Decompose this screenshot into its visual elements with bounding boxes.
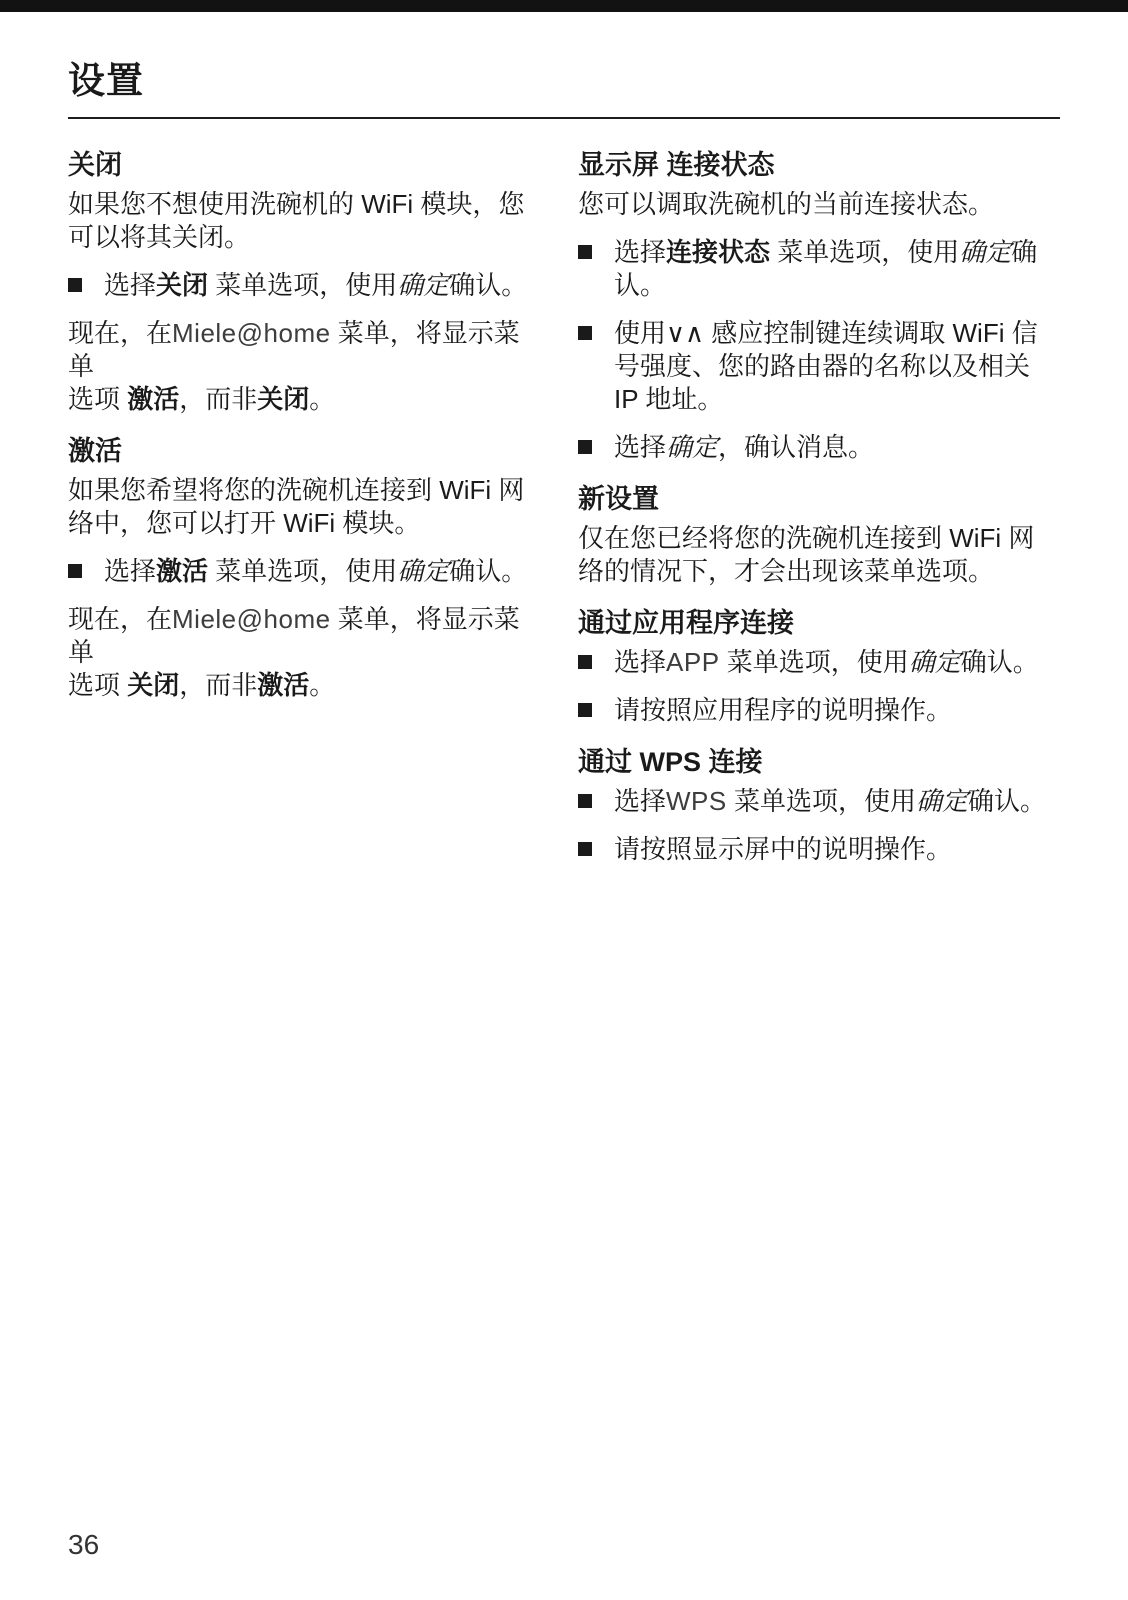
section-heading: 关闭 — [68, 148, 534, 182]
text-segment: 选择 — [104, 270, 156, 300]
paragraph: 如果您不想使用洗碗机的 WiFi 模块，您可以将其关闭。 — [68, 188, 534, 254]
text-segment: 络的情况下，才会出现该菜单选项。 — [578, 556, 994, 586]
text-segment: 可以将其关闭。 — [68, 222, 250, 252]
bullet-item: 选择关闭 菜单选项，使用确定确认。 — [68, 269, 534, 302]
bullet-item: 选择确定，确认消息。 — [578, 431, 1060, 464]
bullet-item: 选择激活 菜单选项，使用确定确认。 — [68, 555, 534, 588]
title-rule — [68, 117, 1060, 119]
text-segment: 号强度、您的路由器的名称以及相关 — [614, 351, 1030, 381]
text-segment: 选择 — [614, 647, 666, 677]
text-segment: 确定 — [909, 647, 961, 677]
text-segment: 关闭 — [156, 270, 208, 300]
section-heading: 通过 WPS 连接 — [578, 745, 1060, 779]
text-segment: 确认。 — [968, 786, 1046, 816]
bullet-square-marker — [578, 655, 592, 669]
page-number: 36 — [68, 1528, 99, 1562]
text-segment: 络中，您可以打开 WiFi 模块。 — [68, 508, 420, 538]
text-segment: IP 地址。 — [614, 384, 723, 414]
text-segment: 。 — [309, 670, 335, 700]
text-segment: 仅在您已经将您的洗碗机连接到 WiFi 网 — [578, 523, 1034, 553]
bullet-square-marker — [578, 245, 592, 259]
text-segment: 激活 — [156, 556, 208, 586]
bullet-item: 请按照显示屏中的说明操作。 — [578, 833, 1060, 866]
text-segment: 关闭 — [257, 384, 309, 414]
page-title: 设置 — [68, 58, 1060, 104]
page-content: 设置 关闭如果您不想使用洗碗机的 WiFi 模块，您可以将其关闭。选择关闭 菜单… — [0, 0, 1128, 881]
text-segment: Miele@home — [172, 604, 331, 634]
section-heading: 激活 — [68, 434, 534, 468]
text-segment: 确定 — [666, 432, 718, 462]
text-segment: Miele@home — [172, 318, 331, 348]
text-segment: ，确认消息。 — [718, 432, 874, 462]
manual-page: 设置 关闭如果您不想使用洗碗机的 WiFi 模块，您可以将其关闭。选择关闭 菜单… — [0, 0, 1128, 1600]
text-segment: 选择 — [614, 432, 666, 462]
text-segment: 激活 — [257, 670, 309, 700]
text-segment: 。 — [309, 384, 335, 414]
bullet-square-marker — [578, 703, 592, 717]
bullet-item: 选择APP 菜单选项，使用确定确认。 — [578, 646, 1060, 679]
text-segment: 确认。 — [449, 556, 527, 586]
text-segment: 如果您不想使用洗碗机的 WiFi 模块，您 — [68, 189, 524, 219]
text-segment: 菜单选项，使用 — [208, 270, 397, 300]
text-segment: 确定 — [959, 237, 1011, 267]
text-segment: 菜单选项，使用 — [727, 786, 916, 816]
text-segment: 关闭 — [127, 670, 179, 700]
text-segment: 确认。 — [449, 270, 527, 300]
bullet-square-marker — [578, 794, 592, 808]
text-segment: 确认。 — [961, 647, 1039, 677]
text-segment: 确定 — [916, 786, 968, 816]
text-segment: 使用∨∧ 感应控制键连续调取 WiFi 信 — [614, 318, 1038, 348]
bullet-square-marker — [68, 564, 82, 578]
bullet-item: 请按照应用程序的说明操作。 — [578, 694, 1060, 727]
left-column: 关闭如果您不想使用洗碗机的 WiFi 模块，您可以将其关闭。选择关闭 菜单选项，… — [68, 148, 534, 881]
text-segment: 如果您希望将您的洗碗机连接到 WiFi 网 — [68, 475, 524, 505]
section-heading: 新设置 — [578, 482, 1060, 516]
bullet-square-marker — [578, 440, 592, 454]
text-segment: 现在，在 — [68, 604, 172, 634]
text-segment: 菜单选项，使用 — [720, 647, 909, 677]
text-segment: 关闭 — [68, 150, 122, 180]
text-segment: 选择 — [104, 556, 156, 586]
section-heading: 通过应用程序连接 — [578, 606, 1060, 640]
section-heading: 显示屏 连接状态 — [578, 148, 1060, 182]
right-column: 显示屏 连接状态您可以调取洗碗机的当前连接状态。选择连接状态 菜单选项，使用确定… — [578, 148, 1060, 881]
paragraph: 现在，在Miele@home 菜单，将显示菜单选项 关闭，而非激活。 — [68, 603, 534, 702]
paragraph: 您可以调取洗碗机的当前连接状态。 — [578, 188, 1060, 221]
text-segment: 认。 — [614, 270, 666, 300]
bullet-square-marker — [578, 326, 592, 340]
text-segment: 通过应用程序连接 — [578, 608, 794, 638]
paragraph: 现在，在Miele@home 菜单，将显示菜单选项 激活，而非关闭。 — [68, 317, 534, 416]
text-segment: 菜单选项，使用 — [770, 237, 959, 267]
top-scan-bar — [0, 0, 1128, 12]
text-segment: 确定 — [397, 270, 449, 300]
text-segment: ，而非 — [179, 384, 257, 414]
text-segment: 您可以调取洗碗机的当前连接状态。 — [578, 189, 994, 219]
text-segment: WPS — [666, 786, 727, 816]
text-segment: 通过 WPS 连接 — [578, 747, 763, 777]
bullet-square-marker — [68, 278, 82, 292]
two-column-layout: 关闭如果您不想使用洗碗机的 WiFi 模块，您可以将其关闭。选择关闭 菜单选项，… — [68, 148, 1060, 881]
text-segment: 请按照显示屏中的说明操作。 — [614, 834, 952, 864]
text-segment: 激活 — [68, 436, 122, 466]
text-segment: 现在，在 — [68, 318, 172, 348]
text-segment: 选项 — [68, 384, 127, 414]
text-segment: 请按照应用程序的说明操作。 — [614, 695, 952, 725]
text-segment: 选项 — [68, 670, 127, 700]
text-segment: 连接状态 — [666, 237, 770, 267]
paragraph: 如果您希望将您的洗碗机连接到 WiFi 网络中，您可以打开 WiFi 模块。 — [68, 474, 534, 540]
bullet-square-marker — [578, 842, 592, 856]
text-segment: 确定 — [397, 556, 449, 586]
bullet-item: 使用∨∧ 感应控制键连续调取 WiFi 信号强度、您的路由器的名称以及相关IP … — [578, 317, 1060, 416]
text-segment: 新设置 — [578, 484, 659, 514]
text-segment: 选择 — [614, 786, 666, 816]
text-segment: 选择 — [614, 237, 666, 267]
text-segment: 激活 — [127, 384, 179, 414]
text-segment: ，而非 — [179, 670, 257, 700]
bullet-item: 选择WPS 菜单选项，使用确定确认。 — [578, 785, 1060, 818]
paragraph: 仅在您已经将您的洗碗机连接到 WiFi 网络的情况下，才会出现该菜单选项。 — [578, 522, 1060, 588]
text-segment: 确 — [1011, 237, 1037, 267]
text-segment: 显示屏 连接状态 — [578, 150, 775, 180]
bullet-item: 选择连接状态 菜单选项，使用确定确认。 — [578, 236, 1060, 302]
text-segment: APP — [666, 647, 720, 677]
text-segment: 菜单选项，使用 — [208, 556, 397, 586]
